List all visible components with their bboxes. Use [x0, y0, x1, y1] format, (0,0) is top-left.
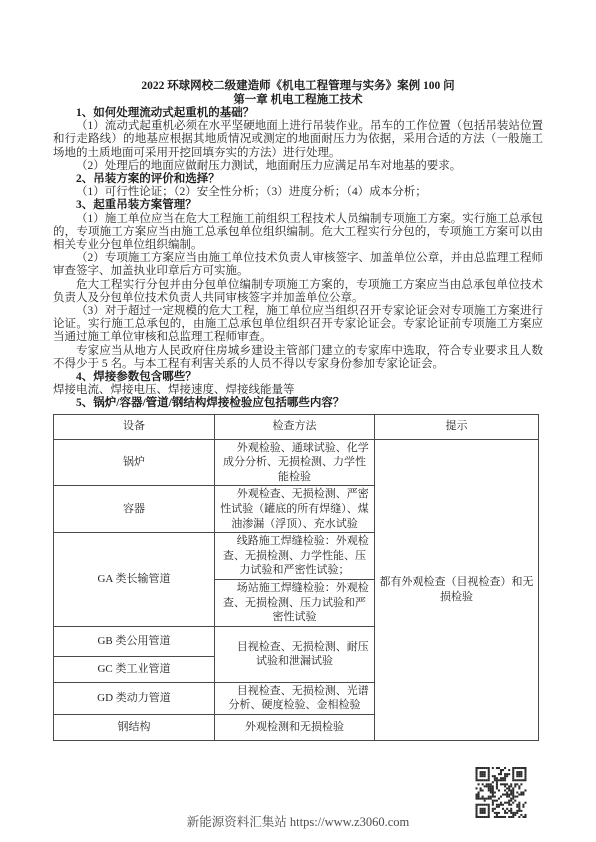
qr-code-icon — [475, 767, 527, 818]
tip-cell: 都有外观检查（目视检查）和无损检验 — [375, 439, 539, 740]
device-cell: 锅炉 — [54, 439, 215, 486]
table-row-boiler: 锅炉 外观检验、通球试验、化学成分分析、无损检测、力学性能检验 都有外观检查（目… — [54, 439, 539, 486]
method-cell: 目视检查、无损检测、耐压试验和泄漏试验 — [215, 626, 375, 682]
method-cell: 目视检查、无损检测、光谱分析、硬度检验、金相检验 — [215, 682, 375, 714]
section-3: 3、起重吊装方案管理？ （1）施工单位应当在危大工程施工前组织工程技术人员编制专… — [53, 199, 543, 371]
paragraph: （1）施工单位应当在危大工程施工前组织工程技术人员编制专项施工方案。实行施工总承… — [53, 213, 543, 253]
paragraph: 危大工程实行分包并由分包单位编制专项施工方案的，专项施工方案应当由总承包单位技术… — [53, 279, 543, 305]
section-1: 1、如何处理流动式起重机的基础？ （1）流动式起重机必须在水平坚硬地面上进行吊装… — [53, 107, 543, 173]
device-cell: GC 类工业管道 — [54, 656, 215, 682]
column-header-method: 检查方法 — [215, 414, 375, 439]
section-5: 5、锅炉/容器/管道/钢结构焊接检验应包括哪些内容？ — [53, 397, 543, 410]
paragraph: 焊接电流、焊接电压、焊接速度、焊接线能量等 — [53, 384, 543, 397]
paragraph: （1）流动式起重机必须在水平坚硬地面上进行吊装作业。吊车的工作位置（包括吊装站位… — [53, 120, 543, 160]
paragraph: （2）专项施工方案应当由施工单位技术负责人审核签字、加盖单位公章，并由总监理工程… — [53, 252, 543, 278]
footer-site-text: 新能源资料汇集站 https://www.z3060.com — [0, 814, 596, 830]
column-header-tip: 提示 — [375, 414, 539, 439]
document-content: 2022 环球网校二级建造师《机电工程管理与实务》案例 100 问 第一章 机电… — [53, 80, 543, 741]
column-header-device: 设备 — [54, 414, 215, 439]
document-page: { "page": { "title": "2022 环球网校二级建造师《机电工… — [0, 0, 596, 842]
method-cell: 线路施工焊缝检验：外观检查、无损检测、力学性能、压力试验和严密性试验； — [215, 533, 375, 580]
section-3-heading: 3、起重吊装方案管理？ — [53, 199, 543, 212]
paragraph: （1）可行性论证；（2）安全性分析；（3）进度分析；（4）成本分析； — [53, 186, 543, 199]
section-2-heading: 2、吊装方案的评价和选择？ — [53, 173, 543, 186]
device-cell: GA 类长输管道 — [54, 533, 215, 627]
section-4-heading: 4、焊接参数包含哪些？ — [53, 371, 543, 384]
device-cell: GD 类动力管道 — [54, 682, 215, 714]
device-cell: 容器 — [54, 486, 215, 533]
table-header-row: 设备 检查方法 提示 — [54, 414, 539, 439]
section-2: 2、吊装方案的评价和选择？ （1）可行性论证；（2）安全性分析；（3）进度分析；… — [53, 173, 543, 199]
paragraph: （2）处理后的地面应做耐压力测试，地面耐压力应满足吊车对地基的要求。 — [53, 160, 543, 173]
method-cell: 外观检查、无损检测、严密性试验（罐底的所有焊缝）、煤油渗漏（浮顶）、充水试验 — [215, 486, 375, 533]
section-1-heading: 1、如何处理流动式起重机的基础？ — [53, 107, 543, 120]
chapter-title: 第一章 机电工程施工技术 — [53, 94, 543, 108]
page-title: 2022 环球网校二级建造师《机电工程管理与实务》案例 100 问 — [53, 80, 543, 94]
paragraph: （3）对于超过一定规模的危大工程，施工单位应当组织召开专家论证会对专项施工方案进… — [53, 305, 543, 345]
inspection-table: 设备 检查方法 提示 锅炉 外观检验、通球试验、化学成分分析、无损检测、力学性能… — [53, 414, 539, 741]
method-cell: 场站施工焊缝检验：外观检查、无损检测、压力试验和严密性试验 — [215, 580, 375, 627]
section-5-heading: 5、锅炉/容器/管道/钢结构焊接检验应包括哪些内容？ — [53, 397, 543, 410]
method-cell: 外观检测和无损检验 — [215, 714, 375, 740]
device-cell: GB 类公用管道 — [54, 626, 215, 656]
paragraph: 专家应当从地方人民政府住房城乡建设主管部门建立的专家库中选取，符合专业要求且人数… — [53, 345, 543, 371]
section-4: 4、焊接参数包含哪些？ 焊接电流、焊接电压、焊接速度、焊接线能量等 — [53, 371, 543, 397]
device-cell: 钢结构 — [54, 714, 215, 740]
method-cell: 外观检验、通球试验、化学成分分析、无损检测、力学性能检验 — [215, 439, 375, 486]
